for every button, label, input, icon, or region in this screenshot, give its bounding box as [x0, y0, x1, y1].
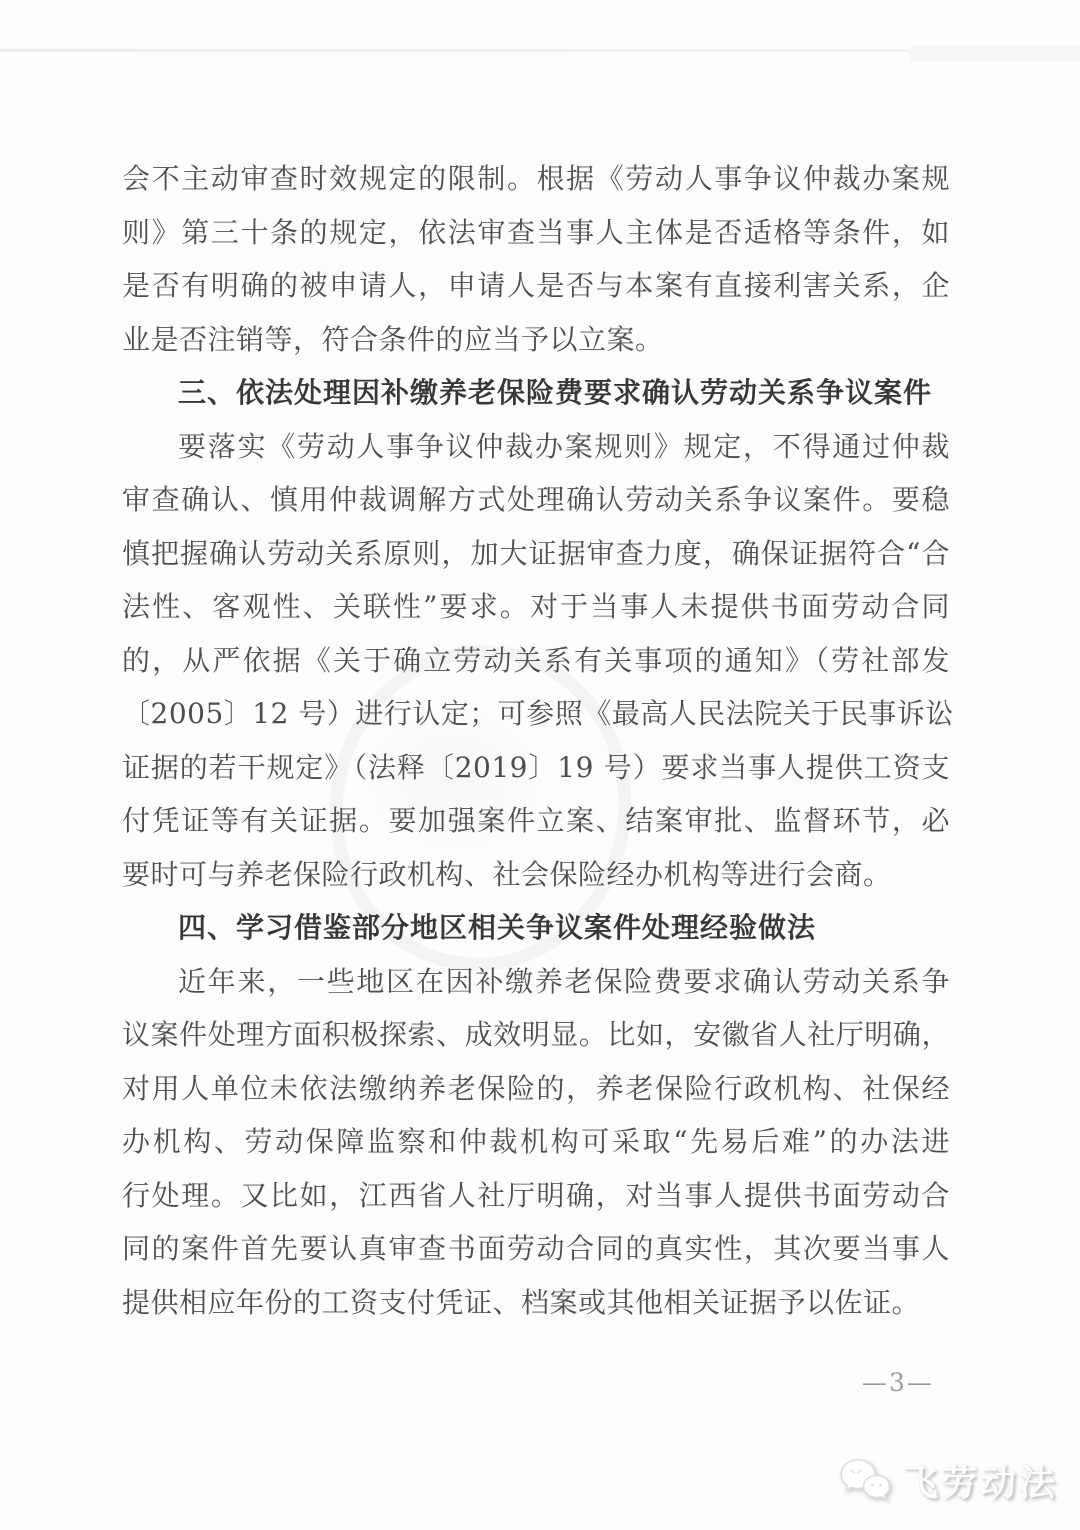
- scan-artifact-top-right-patch: [910, 46, 1080, 62]
- text-line: 对用人单位未依法缴纳养老保险的，养老保险行政机构、社保经: [122, 1062, 950, 1116]
- watermark: 飞劳动法: [838, 1455, 1058, 1506]
- scanned-document-page: { "page": { "number_label": "—3—", "back…: [0, 0, 1080, 1530]
- text-line: 要落实《劳动人事争议仲裁办案规则》规定，不得通过仲裁: [122, 420, 950, 474]
- text-line: 会不主动审查时效规定的限制。根据《劳动人事争议仲裁办案规: [122, 152, 950, 206]
- section-heading-4: 四、学习借鉴部分地区相关争议案件处理经验做法: [122, 901, 950, 955]
- text-line: 近年来，一些地区在因补缴养老保险费要求确认劳动关系争: [122, 955, 950, 1009]
- text-line: 同的案件首先要认真审查书面劳动合同的真实性，其次要当事人: [122, 1222, 950, 1276]
- text-line: 的，从严依据《关于确立劳动关系有关事项的通知》（劳社部发: [122, 634, 950, 688]
- text-line: 审查确认、慎用仲裁调解方式处理确认劳动关系争议案件。要稳: [122, 473, 950, 527]
- chat-bubbles-icon: [838, 1457, 892, 1505]
- text-line: 提供相应年份的工资支付凭证、档案或其他相关证据予以佐证。: [122, 1276, 950, 1330]
- text-line: 付凭证等有关证据。要加强案件立案、结案审批、监督环节，必: [122, 794, 950, 848]
- text-line: 则》第三十条的规定，依法审查当事人主体是否适格等条件，如: [122, 206, 950, 260]
- section-heading-3: 三、依法处理因补缴养老保险费要求确认劳动关系争议案件: [122, 366, 950, 420]
- text-line: 议案件处理方面积极探索、成效明显。比如，安徽省人社厅明确，: [122, 1008, 950, 1062]
- text-line: 办机构、劳动保障监察和仲裁机构可采取“先易后难”的办法进: [122, 1115, 950, 1169]
- text-line: 证据的若干规定》（法释〔2019〕19 号）要求当事人提供工资支: [122, 741, 950, 795]
- text-line: 慎把握确认劳动关系原则，加大证据审查力度，确保证据符合“合: [122, 527, 950, 581]
- document-text-block: 会不主动审查时效规定的限制。根据《劳动人事争议仲裁办案规 则》第三十条的规定，依…: [122, 152, 950, 1329]
- text-line: 法性、客观性、关联性”要求。对于当事人未提供书面劳动合同: [122, 580, 950, 634]
- text-line: 业是否注销等，符合条件的应当予以立案。: [122, 313, 950, 367]
- text-line: 〔2005〕12 号）进行认定；可参照《最高人民法院关于民事诉讼: [122, 687, 950, 741]
- page-number: —3—: [862, 1368, 934, 1397]
- text-line: 是否有明确的被申请人，申请人是否与本案有直接利害关系，企: [122, 259, 950, 313]
- watermark-label: 飞劳动法: [902, 1455, 1058, 1506]
- text-line: 行处理。又比如，江西省人社厅明确，对当事人提供书面劳动合: [122, 1169, 950, 1223]
- text-line: 要时可与养老保险行政机构、社会保险经办机构等进行会商。: [122, 848, 950, 902]
